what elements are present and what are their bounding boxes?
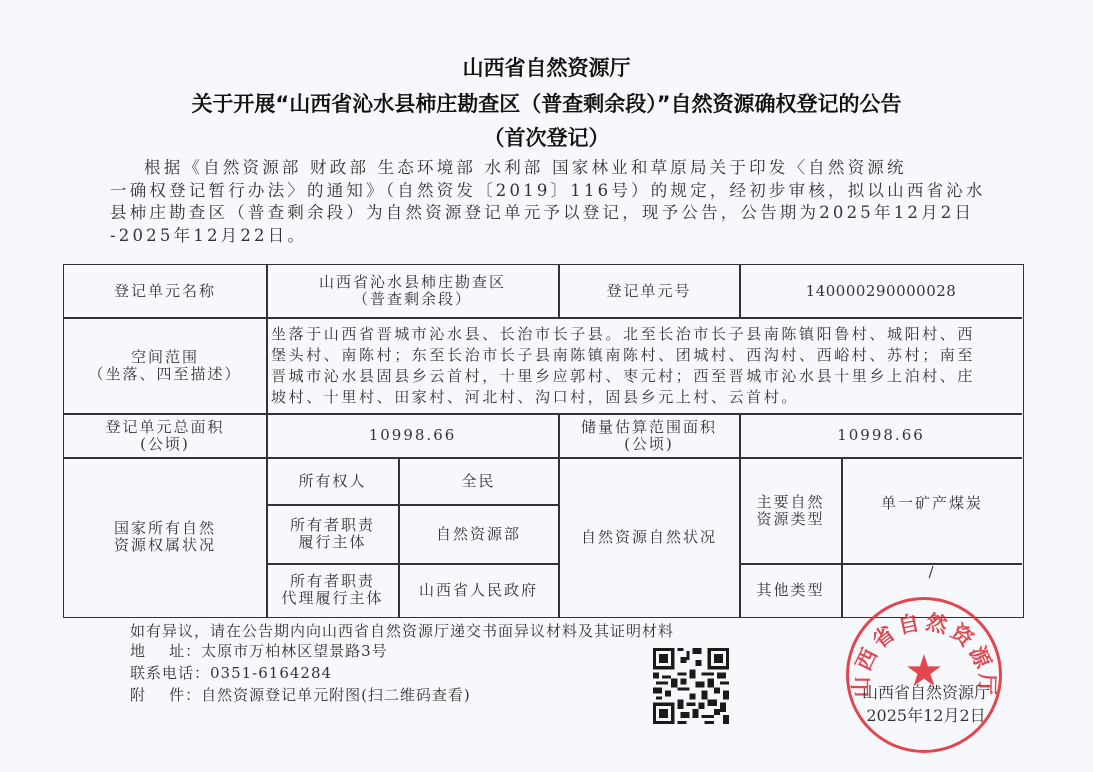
total-area-value: 10998.66 — [267, 414, 558, 457]
notice-title: 关于开展“山西省沁水县柿庄勘查区（普查剩余段）”自然资源确权登记的公告 — [0, 88, 1093, 118]
notice-subtitle: （首次登记） — [0, 122, 1093, 152]
duty-subject-value: 自然资源部 — [399, 505, 558, 563]
signature-org: 山西省自然资源厅 — [836, 680, 1016, 703]
owner-value: 全民 — [399, 458, 558, 504]
main-type-value: 单一矿产煤炭 — [842, 458, 1022, 548]
space-range-label: 空间范围 （坐落、四至描述） — [64, 318, 266, 413]
total-area-label: 登记单元总面积 (公顷) — [64, 414, 266, 457]
body-line: 县柿庄勘查区（普查剩余段）为自然资源登记单元予以登记，现予公告，公告期为2025… — [110, 202, 1020, 225]
unit-no-label: 登记单元号 — [559, 265, 739, 317]
objection-note: 如有异议，请在公告期内向山西省自然资源厅递交书面异议材料及其证明材料 — [130, 621, 674, 641]
main-type-label: 主要自然 资源类型 — [740, 458, 841, 563]
space-range-description: 坐落于山西省晋城市沁水县、长治市长子县。北至长治市长子县南陈镇阳鲁村、城阳村、西… — [267, 318, 1022, 413]
other-type-label: 其他类型 — [740, 564, 841, 616]
issuer-title: 山西省自然资源厅 — [0, 52, 1093, 82]
attachment-line: 附 件：自然资源登记单元附图(扫二维码查看) — [130, 685, 471, 705]
address-line: 地 址：太原市万柏林区望景路3号 — [130, 641, 388, 661]
agent-subject-value: 山西省人民政府 — [399, 564, 558, 616]
seal-text: 山西省自然资源厅 — [849, 600, 999, 750]
official-seal: ★ 山西省自然资源厅 — [846, 597, 1002, 753]
body-line: 一确权登记暂行办法〉的通知》（自然资发〔2019〕116号）的规定，经初步审核，… — [110, 180, 1020, 203]
ownership-label: 国家所有自然 资源权属状况 — [64, 458, 266, 616]
body-line: -2025年12月22日。 — [110, 225, 1020, 248]
registration-table: 登记单元名称 山西省沁水县柿庄勘查区 （普查剩余段） 登记单元号 1400002… — [63, 264, 1024, 618]
reserve-area-value: 10998.66 — [740, 414, 1022, 457]
natural-status-label: 自然资源自然状况 — [559, 458, 739, 616]
reserve-area-label: 储量估算范围面积 (公顷) — [559, 414, 739, 457]
signature-date: 2025年12月2日 — [836, 703, 1016, 726]
agent-subject-label: 所有者职责 代理履行主体 — [267, 564, 398, 616]
body-line: 根据《自然资源部 财政部 生态环境部 水利部 国家林业和草原局关于印发〈自然资源… — [110, 157, 1020, 180]
duty-subject-label: 所有者职责 履行主体 — [267, 505, 398, 563]
qr-code-icon[interactable] — [653, 648, 729, 724]
unit-name-label: 登记单元名称 — [64, 265, 266, 317]
notice-body: 根据《自然资源部 财政部 生态环境部 水利部 国家林业和草原局关于印发〈自然资源… — [110, 157, 1020, 247]
phone-line: 联系电话：0351-6164284 — [130, 663, 332, 683]
owner-label: 所有权人 — [267, 458, 398, 504]
unit-no-value: 140000290000028 — [740, 265, 1022, 317]
unit-name-value: 山西省沁水县柿庄勘查区 （普查剩余段） — [267, 265, 558, 317]
